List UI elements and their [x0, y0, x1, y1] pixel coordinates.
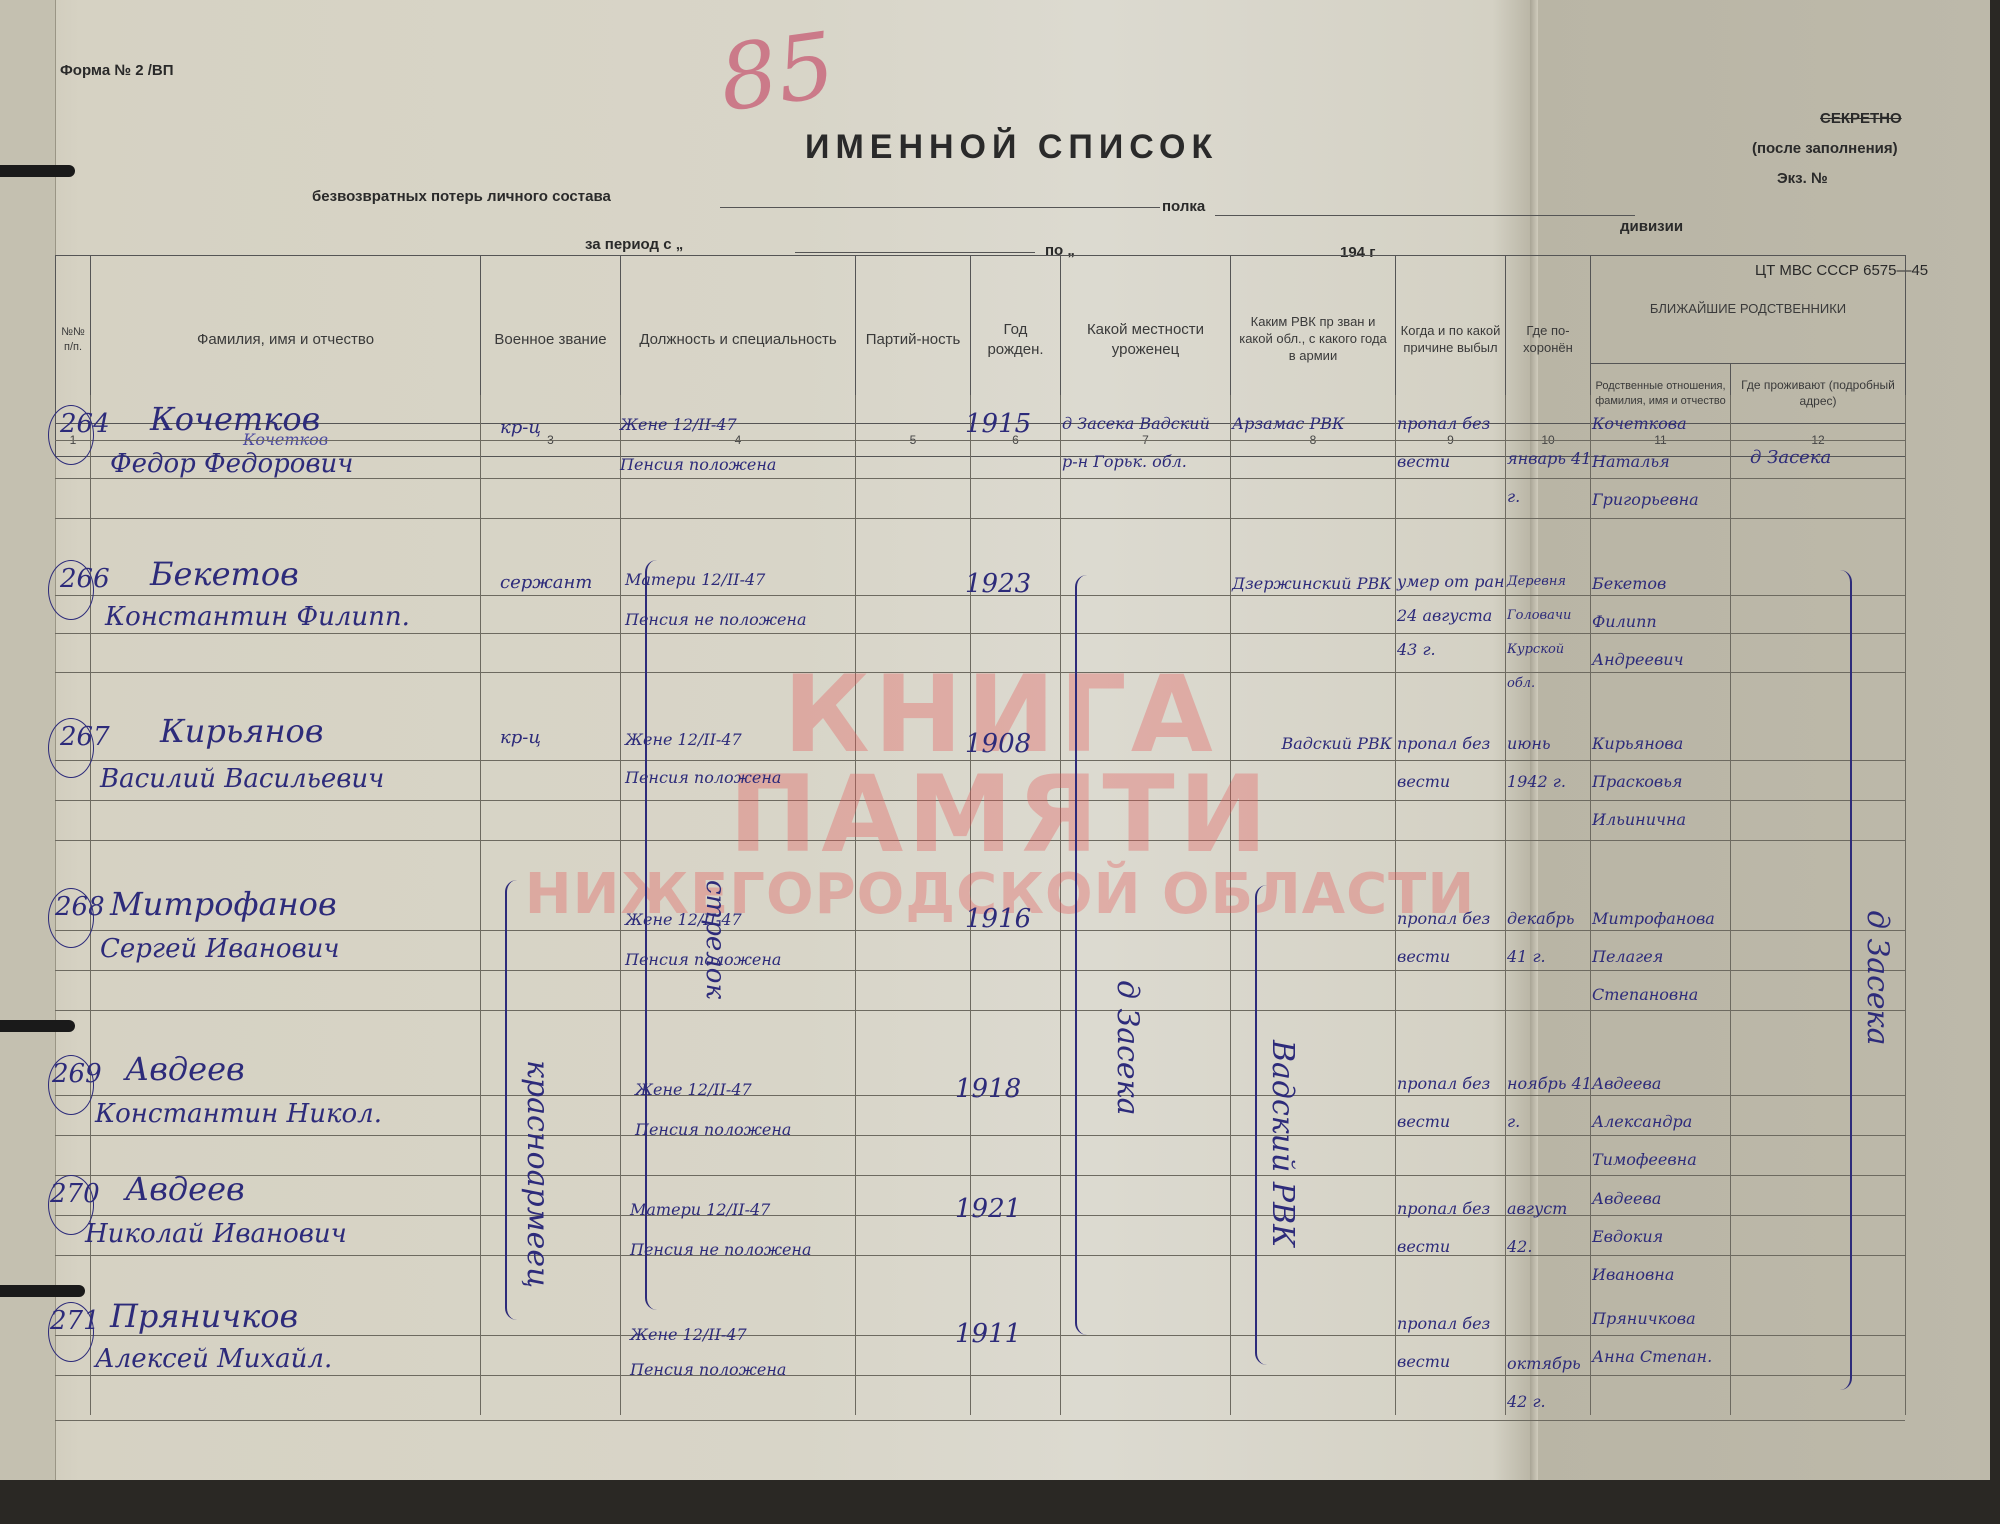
binder-clip: [0, 1020, 75, 1032]
surname: Авдеев: [125, 1050, 245, 1088]
row-number: 269: [52, 1055, 102, 1093]
header-address: Где проживают (подробный адрес): [1731, 364, 1906, 424]
first-patronymic: Константин Никол.: [95, 1095, 382, 1133]
period-label: за период с „: [585, 236, 683, 253]
column-rule: [1505, 395, 1506, 1415]
row-number: 266: [60, 560, 110, 598]
header-birth-year: Год рожден.: [971, 256, 1061, 424]
reason: пропал без вести: [1397, 900, 1505, 976]
position-brace: [645, 560, 657, 1310]
binder-clip: [0, 1285, 85, 1297]
birth-year: 1911: [955, 1315, 1021, 1353]
buried: январь 41 г.: [1507, 440, 1592, 516]
header-reason: Когда и по какой причине выбыл: [1396, 256, 1506, 424]
position-line1: Жене 12/II-47: [625, 725, 742, 755]
header-full-name: Фамилия, имя и отчество: [91, 256, 481, 424]
birth-year: 1915: [965, 405, 1031, 443]
buried: август 42.: [1507, 1190, 1592, 1266]
row-rule: [55, 1420, 1905, 1421]
relative: Авдеева Александра Тимофеевна: [1592, 1065, 1730, 1179]
position-line1: Жене 12/II-47: [630, 1320, 747, 1350]
position-line1: Жене 12/II-47: [620, 410, 737, 440]
address-brace: [1840, 570, 1852, 1390]
first-patronymic: Василий Васильевич: [100, 760, 384, 798]
birth-year: 1923: [965, 565, 1031, 603]
reason: пропал без вести: [1397, 405, 1505, 481]
header-position: Должность и специальность: [621, 256, 856, 424]
header-buried: Где по-хоронён: [1506, 256, 1591, 424]
row-number: 270: [50, 1175, 100, 1213]
first-patronymic: Николай Иванович: [85, 1215, 347, 1253]
braced-birthplace: д Засека: [1110, 980, 1145, 1115]
reason: пропал без вести: [1397, 1190, 1505, 1266]
header-party: Партий-ность: [856, 256, 971, 424]
row-number: 268: [55, 888, 105, 926]
page-title: ИМЕННОЙ СПИСОК: [805, 128, 1218, 167]
watermark: КНИГА ПАМЯТИ НИЖЕГОРОДСКОЙ ОБЛАСТИ: [520, 665, 1480, 925]
first-patronymic: Сергей Иванович: [100, 930, 340, 968]
column-rule: [1730, 395, 1731, 1415]
relative: Пряничкова Анна Степан.: [1592, 1300, 1730, 1376]
buried: ноябрь 41 г.: [1507, 1065, 1592, 1141]
rank: кр-ц: [500, 410, 541, 446]
relative: Кирьянова Прасковья Ильинична: [1592, 725, 1730, 839]
regiment-label: полка: [1162, 198, 1205, 215]
position-line2: Пенсия не положена: [630, 1235, 812, 1265]
reason: пропал без вести: [1397, 1065, 1505, 1141]
buried: октябрь 42 г.: [1507, 1345, 1592, 1421]
header-rvk: Каким РВК пр зван и какой обл., с какого…: [1231, 256, 1396, 424]
surname: Кочетков: [150, 400, 320, 438]
reason: пропал без вести: [1397, 1305, 1505, 1381]
after-fill-label: (после заполнения): [1752, 140, 1898, 157]
column-rule: [480, 395, 481, 1415]
binder-clip: [0, 165, 75, 177]
first-patronymic: Константин Филипп.: [105, 598, 410, 636]
page-number-handwritten: 85: [713, 13, 841, 133]
birthplace-brace: [1075, 575, 1087, 1335]
relative: Кочеткова Наталья Григорьевна: [1592, 405, 1730, 519]
braced-position: стрелок: [700, 880, 730, 999]
braced-address: д Засека: [1860, 910, 1895, 1045]
birth-year: 1918: [955, 1070, 1021, 1108]
braced-rank: красноармеец: [520, 1060, 555, 1288]
subtitle: безвозвратных потерь личного состава: [312, 188, 611, 205]
row-number: 271: [50, 1302, 100, 1340]
division-fill-line: [1215, 215, 1635, 216]
braced-rvk: Вадский РВК: [1265, 1040, 1300, 1247]
header-rank: Военное звание: [481, 256, 621, 424]
buried: декабрь 41 г.: [1507, 900, 1592, 976]
birth-year: 1908: [965, 725, 1031, 763]
surname: Пряничков: [110, 1297, 298, 1335]
relative: Авдеева Евдокия Ивановна: [1592, 1180, 1730, 1294]
position-line2: Пенсия положена: [635, 1115, 791, 1145]
first-patronymic: Федор Федорович: [110, 445, 353, 483]
birthplace: д Засека Вадский р-н Горьк. обл.: [1062, 405, 1227, 481]
form-label: Форма № 2 /ВП: [60, 62, 174, 79]
header-birthplace: Какой местности уроженец: [1061, 256, 1231, 424]
row-number: 264: [60, 405, 110, 443]
reason: умер от ран 24 августа 43 г.: [1397, 565, 1505, 667]
buried: июнь 1942 г.: [1507, 725, 1592, 801]
binding-strip: [0, 0, 56, 1480]
division-label: дивизии: [1620, 218, 1683, 235]
birth-year: 1916: [965, 900, 1031, 938]
surname: Кирьянов: [160, 712, 323, 750]
rank: кр-ц: [500, 720, 541, 756]
secret-label: СЕКРЕТНО: [1820, 110, 1902, 127]
header-no: №№ п/п.: [56, 256, 91, 424]
copy-label: Экз. №: [1777, 170, 1828, 187]
rank: сержант: [500, 565, 592, 601]
row-number: 267: [60, 718, 110, 756]
rvk: Арзамас РВК: [1232, 405, 1392, 443]
rank-brace: [505, 880, 517, 1320]
document-page: Форма № 2 /ВП 85 ИМЕННОЙ СПИСОК безвозвр…: [0, 0, 1990, 1480]
period-fill-line: [795, 252, 1035, 253]
address: д Засека: [1750, 440, 1831, 476]
header-relatives-group: БЛИЖАЙШИЕ РОДСТВЕННИКИ: [1591, 256, 1906, 364]
surname: Авдеев: [125, 1170, 245, 1208]
position-line2: Пенсия положена: [620, 450, 776, 480]
regiment-fill-line: [720, 207, 1160, 208]
position-line2: Пенсия положена: [630, 1355, 786, 1385]
column-rule: [1905, 395, 1906, 1415]
rvk: Вадский РВК: [1232, 725, 1392, 763]
surname: Бекетов: [150, 555, 299, 593]
surname: Митрофанов: [110, 885, 337, 923]
rvk: Дзержинский РВК: [1232, 565, 1392, 603]
first-patronymic: Алексей Михайл.: [95, 1340, 332, 1378]
birth-year: 1921: [955, 1190, 1021, 1228]
relative: Бекетов Филипп Андреевич: [1592, 565, 1730, 679]
relative: Митрофанова Пелагея Степановна: [1592, 900, 1730, 1014]
reason: пропал без вести: [1397, 725, 1505, 801]
buried: Деревня Головачи Курской обл.: [1507, 565, 1592, 701]
